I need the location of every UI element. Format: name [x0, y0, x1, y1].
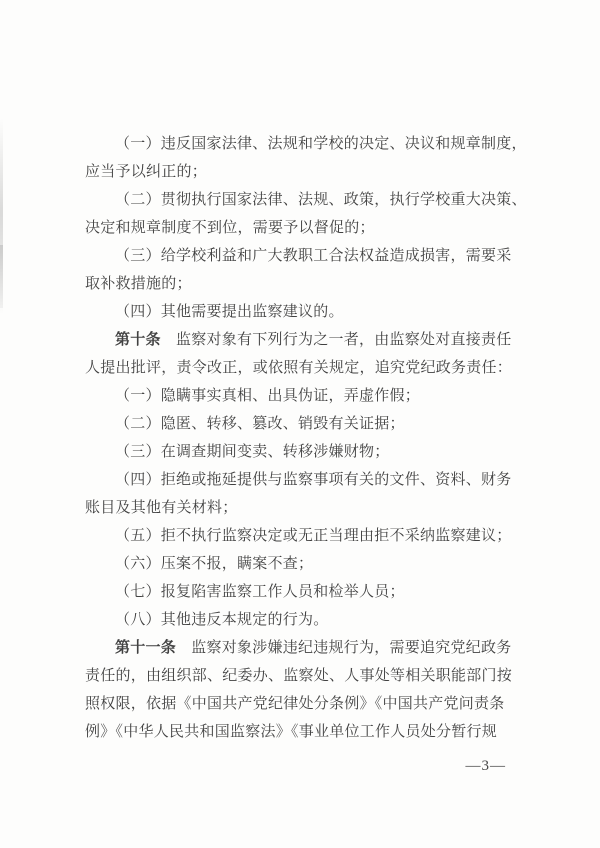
text-line: 人提出批评，责令改正，或依照有关规定，追究党纪政务责任： [85, 354, 525, 382]
text-line: （三）给学校利益和广大教职工合法权益造成损害，需要采 [85, 242, 525, 270]
text-line: 取补救措施的； [85, 270, 525, 298]
article-number: 第十条 [115, 332, 161, 348]
scan-edge-artifact [0, 245, 3, 315]
article-heading-line: 第十条 监察对象有下列行为之一者，由监察处对直接责任 [85, 326, 525, 354]
text-line: 照权限，依据《中国共产党纪律处分条例》《中国共产党问责条 [85, 690, 525, 718]
text-line: 责任的，由组织部、纪委办、监察处、人事处等相关职能部门按 [85, 662, 525, 690]
text-line: 账目及其他有关材料； [85, 494, 525, 522]
text-line: （八）其他违反本规定的行为。 [85, 606, 525, 634]
article-number: 第十一条 [115, 640, 176, 656]
line-text: 监察对象有下列行为之一者，由监察处对直接责任 [161, 332, 512, 348]
text-line: （三）在调查期间变卖、转移涉嫌财物； [85, 438, 525, 466]
text-line: （二）贯彻执行国家法律、法规、政策，执行学校重大决策、 [85, 186, 525, 214]
document-body: （一）违反国家法律、法规和学校的决定、决议和规章制度，应当予以纠正的；（二）贯彻… [85, 130, 525, 746]
text-line: （二）隐匿、转移、篡改、销毁有关证据； [85, 410, 525, 438]
text-line: （四）拒绝或拖延提供与监察事项有关的文件、资料、财务 [85, 466, 525, 494]
text-line: （一）隐瞒事实真相、出具伪证，弄虚作假； [85, 382, 525, 410]
text-line: （四）其他需要提出监察建议的。 [85, 298, 525, 326]
document-page: （一）违反国家法律、法规和学校的决定、决议和规章制度，应当予以纠正的；（二）贯彻… [0, 0, 600, 848]
text-line: 例》《中华人民共和国监察法》《事业单位工作人员处分暂行规 [85, 718, 525, 746]
text-line: 应当予以纠正的； [85, 158, 525, 186]
line-text: 监察对象涉嫌违纪违规行为，需要追究党纪政务 [176, 640, 512, 656]
text-line: （六）压案不报，瞒案不查； [85, 550, 525, 578]
text-line: （五）拒不执行监察决定或无正当理由拒不采纳监察建议； [85, 522, 525, 550]
text-line: （一）违反国家法律、法规和学校的决定、决议和规章制度， [85, 130, 525, 158]
text-line: （七）报复陷害监察工作人员和检举人员； [85, 578, 525, 606]
article-heading-line: 第十一条 监察对象涉嫌违纪违规行为，需要追究党纪政务 [85, 634, 525, 662]
text-line: 决定和规章制度不到位，需要予以督促的； [85, 214, 525, 242]
page-number: —3— [466, 755, 507, 777]
